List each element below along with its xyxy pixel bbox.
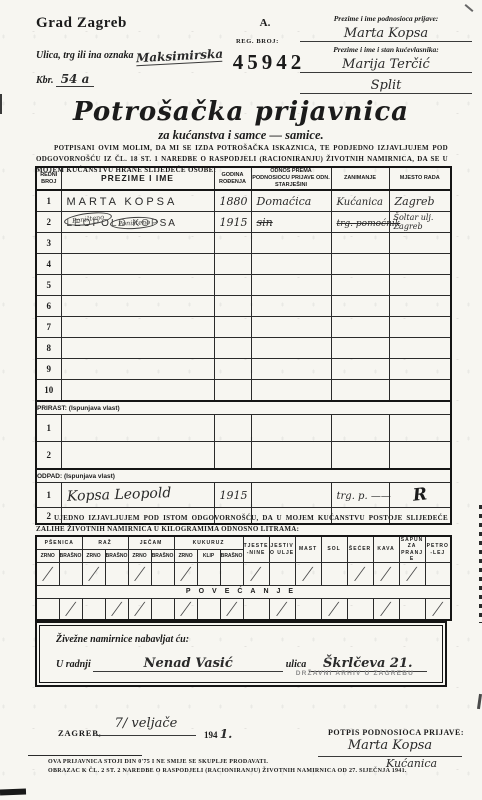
person-year-handwritten: 1880 — [215, 195, 248, 208]
raz-brasno: BRAŠNO — [105, 550, 128, 563]
person-row-2: 2 LEOPOLD KOPSA Poništeno Poništeno 1915… — [36, 212, 451, 233]
person-occupation-handwritten: Kućanica — [332, 197, 383, 208]
ration-form-document: Grad Zagreb Ulica, trg ili ina oznaka Ma… — [0, 0, 482, 800]
psenica-brasno: BRAŠNO — [59, 550, 82, 563]
series-letter: A. — [248, 17, 282, 29]
owner-residence-line: Split — [300, 76, 472, 94]
raz-zrno: ZRNO — [82, 550, 105, 563]
person-row-5: 5 — [36, 275, 451, 296]
col-secer: ŠEĆER — [347, 536, 373, 563]
group-raz: RAŽ — [82, 536, 128, 550]
col-tjestenine: TJESTE-NINE — [243, 536, 269, 563]
footnote-separator — [28, 755, 142, 756]
kukuruz-klip: KLIP — [197, 550, 220, 563]
street-label: Ulica, trg ili ina oznaka — [36, 50, 134, 61]
slash-mark: ╱ — [180, 602, 190, 617]
date-underline: 7/ veljače — [96, 715, 196, 736]
person-row-7: 7 — [36, 317, 451, 338]
row-number: 9 — [36, 359, 61, 380]
scan-artifact-top-right — [465, 4, 474, 12]
kukuruz-brasno: BRAŠNO — [220, 550, 243, 563]
person-relation-handwritten: sin — [252, 216, 273, 229]
col-sol: SOL — [321, 536, 347, 563]
supplies-group-header-row: PŠENICA RAŽ JEČAM KUKURUZ TJESTE-NINE JE… — [36, 536, 451, 550]
odpad-occupation-handwritten: trg. p. —— — [332, 491, 391, 502]
row-number: 7 — [36, 317, 61, 338]
odpad-name-handwritten: Kopsa Leopold — [61, 486, 171, 506]
slash-mark: ╱ — [88, 567, 98, 582]
slash-mark: ╱ — [111, 602, 121, 617]
persons-header-row: REDNI BROJ PREZIME I IME GODINA ROĐENJA … — [36, 167, 451, 190]
slash-mark: ╱ — [277, 602, 287, 617]
street-handwritten: Maksimirska — [136, 47, 224, 66]
col-header-name: PREZIME I IME — [61, 167, 214, 190]
place-line-1: Šoltar ulj. — [394, 213, 434, 222]
person-place-handwritten: Zagreb — [390, 195, 435, 208]
persons-table: REDNI BROJ PREZIME I IME GODINA ROĐENJA … — [35, 166, 452, 525]
psenica-zrno: ZRNO — [36, 550, 59, 563]
owner-name-line: Marija Terčić — [300, 55, 472, 73]
row-number: 3 — [36, 233, 61, 254]
person-place-handwritten: Šoltar ulj.Zagreb — [390, 213, 451, 231]
supplies-stock-row: ╱ ╱ ╱ ╱ ╱ ╱ ╱ ╱ ╱ — [36, 563, 451, 586]
owner-name-handwritten: Marija Terčić — [342, 57, 430, 72]
person-row-1: 1 MARTA KOPSA 1880 Domaćica Kućanica Zag… — [36, 190, 451, 212]
shop-handwritten: Nenad Vasić — [144, 656, 233, 671]
applicant-name-handwritten: Marta Kopsa — [344, 26, 428, 41]
col-mast: MAST — [295, 536, 321, 563]
group-psenica: PŠENICA — [36, 536, 82, 550]
place-line-2: Zagreb — [394, 222, 423, 231]
row-number: 1 — [36, 483, 61, 508]
street2-handwritten: Škrlčeva 21. — [323, 656, 413, 671]
kukuruz-zrno: ZRNO — [174, 550, 197, 563]
signature-underline: Marta Kopsa — [318, 737, 462, 757]
date-handwritten: 7/ veljače — [115, 716, 178, 731]
person-row-10: 10 — [36, 380, 451, 402]
povecanje-row: POVEĆANJE — [36, 586, 451, 599]
row-number: 2 — [36, 212, 61, 233]
supplies-table: PŠENICA RAŽ JEČAM KUKURUZ TJESTE-NINE JE… — [35, 535, 452, 621]
odpad-year-handwritten: 1915 — [215, 489, 248, 502]
prirast-row-1: 1 — [36, 415, 451, 442]
scan-artifact-left-edge — [0, 94, 2, 114]
slash-mark: ╱ — [381, 567, 391, 582]
person-row-9: 9 — [36, 359, 451, 380]
year-suffix-handwritten: 1. — [220, 727, 233, 741]
street-underline: Maksimirska — [136, 47, 223, 66]
slash-mark: ╱ — [134, 602, 144, 617]
procurement-heading: Živežne namirnice nabavljat ću: — [56, 634, 189, 645]
clerk-paraph-mark: R — [412, 485, 428, 506]
odpad-label: ODPAD: (Ispunjava vlast) — [36, 469, 451, 483]
supplies-increase-row: ╱ ╱ ╱ ╱ ╱ ╱ ╱ ╱ ╱ — [36, 599, 451, 621]
scan-artifact-bottom-left — [0, 789, 26, 796]
col-header-year: GODINA ROĐENJA — [214, 167, 251, 190]
person-occupation-handwritten: trg. pomoćnik — [332, 219, 401, 229]
row-number: 8 — [36, 338, 61, 359]
shop-label: U radnji — [56, 659, 91, 670]
kbr-underline: 54 a — [56, 72, 94, 87]
form-title: Potrošačka prijavnica — [0, 97, 482, 127]
person-name-handwritten: MARTA KOPSA — [62, 196, 178, 208]
povecanje-label: POVEĆANJE — [36, 586, 451, 599]
footer-date-line: 7/ veljače — [96, 714, 196, 736]
col-sapun: SAPUN ZA PRANJE — [399, 536, 425, 563]
prirast-label: PRIRAST: (Ispunjava vlast) — [36, 401, 451, 415]
col-header-num: REDNI BROJ — [36, 167, 61, 190]
row-number: 1 — [36, 415, 61, 442]
row-number: 10 — [36, 380, 61, 402]
scan-artifact-right-mark — [477, 694, 482, 709]
footnote-price: OVA PRIJAVNICA STOJI DIN 0'75 I NE SMIJE… — [48, 759, 268, 765]
jecam-brasno: BRAŠNO — [151, 550, 174, 563]
person-row-6: 6 — [36, 296, 451, 317]
person-row-3: 3 — [36, 233, 451, 254]
slash-mark: ╱ — [355, 567, 365, 582]
person-relation-handwritten: Domaćica — [252, 195, 312, 208]
row-number: 1 — [36, 190, 61, 212]
applicant-block: Prezime i ime podnosioca prijave: Marta … — [300, 14, 472, 97]
reg-number-label: REG. BROJ: — [236, 38, 279, 45]
row-number: 4 — [36, 254, 61, 275]
col-kava: KAVA — [373, 536, 399, 563]
col-petrolej: PETRO-LEJ — [425, 536, 451, 563]
col-header-occupation: ZANIMANJE — [331, 167, 389, 190]
city-heading: Grad Zagreb — [36, 15, 127, 32]
col-header-place: MJESTO RADA — [389, 167, 451, 190]
row-number: 6 — [36, 296, 61, 317]
form-subtitle: za kućanstva i samce — samice. — [0, 128, 482, 143]
odpad-label-row: ODPAD: (Ispunjava vlast) — [36, 469, 451, 483]
signature-line: Marta Kopsa — [318, 736, 462, 757]
footer-year: 194 1. — [204, 727, 232, 741]
slash-mark: ╱ — [251, 567, 261, 582]
slash-mark: ╱ — [381, 602, 391, 617]
applicant-name-line: Marta Kopsa — [300, 24, 472, 42]
group-jecam: JEČAM — [128, 536, 174, 550]
group-kukuruz: KUKURUZ — [174, 536, 243, 550]
jecam-zrno: ZRNO — [128, 550, 151, 563]
supplies-declaration: UJEDNO IZJAVLJUJEM POD ISTOM ODGOVORNOŠĆ… — [36, 513, 448, 534]
street2-label: ulica — [286, 659, 307, 670]
procurement-box: Živežne namirnice nabavljat ću: U radnji… — [39, 625, 443, 683]
person-row-8: 8 — [36, 338, 451, 359]
owner-residence-handwritten: Split — [371, 78, 402, 93]
street-row: Ulica, trg ili ina oznaka Maksimirska — [36, 49, 222, 64]
signature-handwritten: Marta Kopsa — [348, 738, 432, 753]
archive-stamp: DRŽAVNI ARHIV U ZAGREBU — [296, 670, 414, 677]
slash-mark: ╱ — [329, 602, 339, 617]
slash-mark: ╱ — [226, 602, 236, 617]
col-jestivo-ulje: JESTIVO ULJE — [269, 536, 295, 563]
year-prefix: 194 — [204, 730, 218, 740]
slash-mark: ╱ — [65, 602, 75, 617]
prirast-row-2: 2 — [36, 442, 451, 470]
shop-underline: Nenad Vasić — [93, 656, 283, 672]
row-number: 5 — [36, 275, 61, 296]
row-number: 2 — [36, 442, 61, 470]
slash-mark: ╱ — [43, 567, 53, 582]
prirast-label-row: PRIRAST: (Ispunjava vlast) — [36, 401, 451, 415]
applicant-label: Prezime i ime podnosioca prijave: — [300, 14, 472, 23]
footnote-regulation: OBRAZAC K ČL. 2 ST. 2 NAREDBE O RASPODJE… — [48, 768, 407, 774]
slash-mark: ╱ — [407, 567, 417, 582]
odpad-row-1: 1 Kopsa Leopold 1915 trg. p. —— R — [36, 483, 451, 508]
house-number-row: Kbr. 54 a — [36, 72, 94, 87]
owner-label: Prezime i ime i stan kućevlasnika: — [300, 45, 472, 54]
person-row-4: 4 — [36, 254, 451, 275]
slash-mark: ╱ — [303, 567, 313, 582]
slash-mark: ╱ — [134, 567, 144, 582]
person-year-handwritten: 1915 — [215, 216, 248, 229]
kbr-handwritten: 54 a — [61, 72, 90, 86]
slash-mark: ╱ — [433, 602, 443, 617]
kbr-label: Kbr. — [36, 75, 54, 86]
col-header-relation: ODNOS PREMA PODNOSIOCU PRIJAVE ODN. STAR… — [251, 167, 331, 190]
slash-mark: ╱ — [180, 567, 190, 582]
